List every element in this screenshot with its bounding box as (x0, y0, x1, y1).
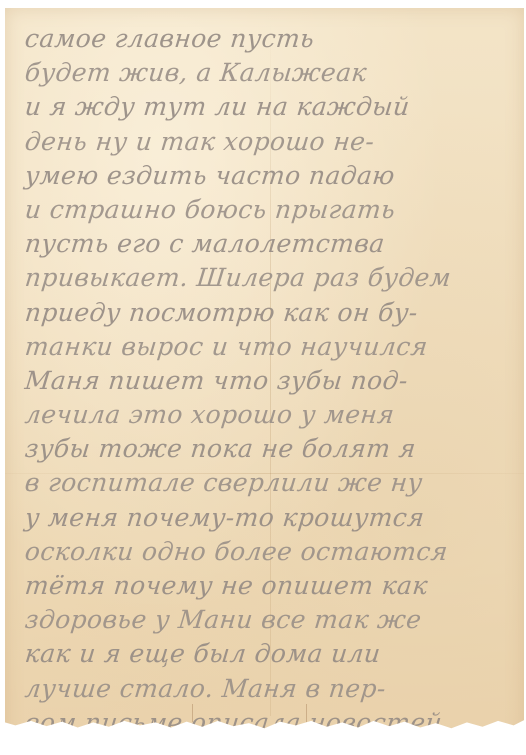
handwritten-line: в госпитале сверлили же ну (23, 466, 526, 500)
handwritten-line: у меня почему-то крошутся (23, 501, 526, 535)
handwritten-line: самое главное пусть (23, 22, 526, 56)
handwritten-line: зубы тоже пока не болят я (23, 432, 526, 466)
handwritten-line: будет жив, а Калыжеак (23, 56, 526, 90)
handwritten-line: пусть его с малолетства (23, 227, 526, 261)
handwritten-line: и я жду тут ли на каждый (23, 90, 526, 124)
handwritten-line: вом письме описала новостей (23, 706, 526, 740)
handwritten-line: день ну и так хорошо не- (23, 125, 526, 159)
handwritten-text-block: самое главное пусть будет жив, а Калыжеа… (25, 22, 525, 740)
handwritten-line: привыкает. Шилера раз будем (23, 261, 526, 295)
handwritten-line: умею ездить часто падаю (23, 159, 526, 193)
handwritten-line: и страшно боюсь прыгать (23, 193, 526, 227)
handwritten-line: танки вырос и что научился (23, 330, 526, 364)
handwritten-line: лечила это хорошо у меня (23, 398, 526, 432)
letter-page: самое главное пусть будет жив, а Калыжеа… (5, 8, 524, 746)
handwritten-line: здоровье у Мани все так же (23, 603, 526, 637)
handwritten-line: осколки одно более остаются (23, 535, 526, 569)
handwritten-line: как и я еще был дома или (23, 637, 526, 671)
handwritten-line: тётя почему не опишет как (23, 569, 526, 603)
handwritten-line: Маня пишет что зубы под- (23, 364, 526, 398)
handwritten-line: лучше стало. Маня в пер- (23, 672, 526, 706)
handwritten-line: приеду посмотрю как он бу- (23, 296, 526, 330)
